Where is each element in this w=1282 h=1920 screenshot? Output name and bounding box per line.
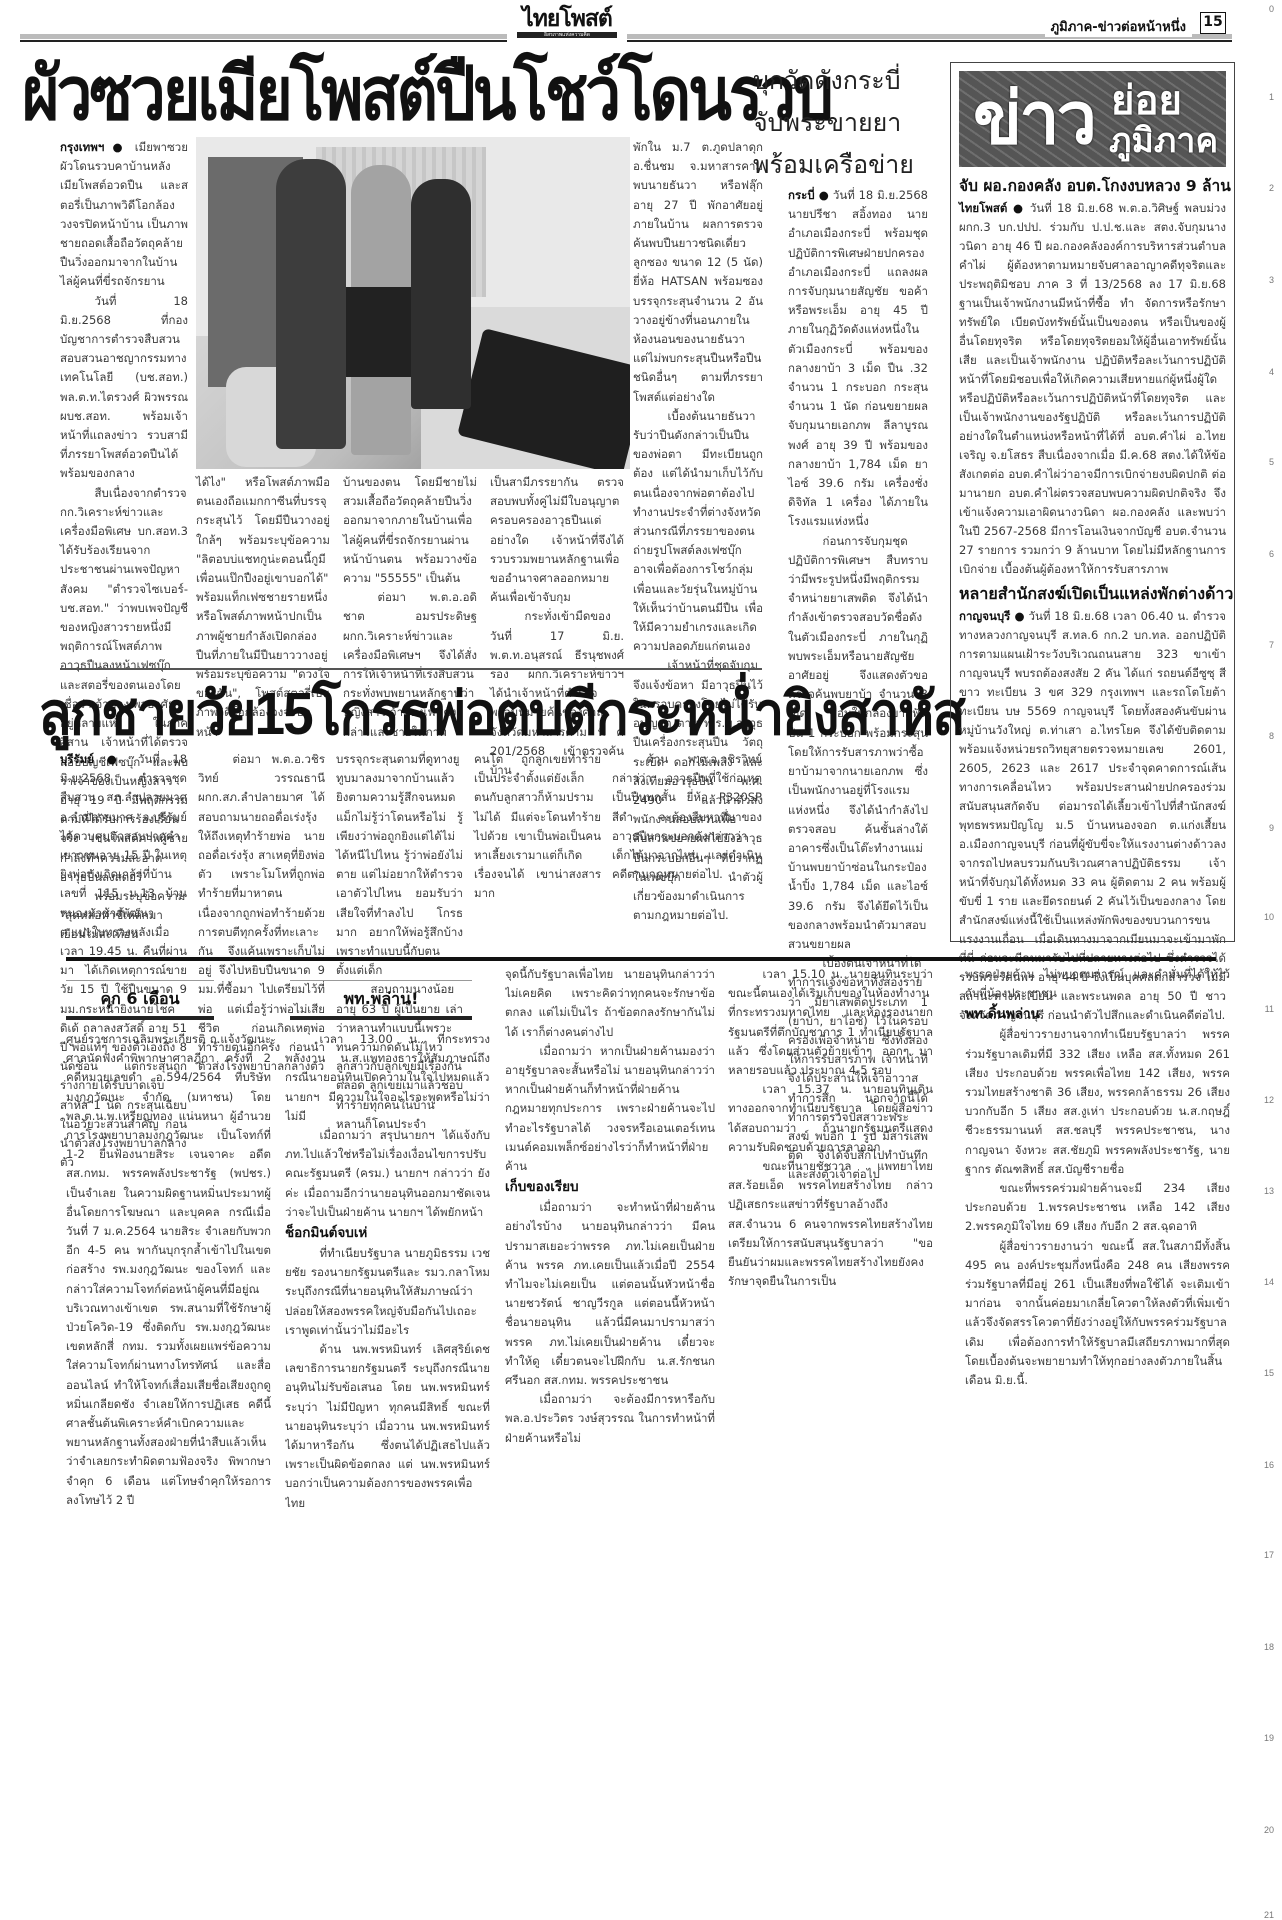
paragraph: ขณะที่พรรคร่วมฝ่ายค้านจะมี 234 เสียง ประ… [965,1179,1230,1237]
dateline: บุรีรัมย์ ● [60,752,126,766]
lower-column-2: เวลา 13.00 น. ที่กระทรวงพลังงาน น.ส.แพทอ… [285,1030,490,1910]
paragraph: เมื่อถามว่า จะต้องมีการหารือกับ พล.อ.ประ… [505,1390,715,1448]
ruler-mark: 0 [1269,4,1274,14]
ruler-mark: 11 [1265,1004,1274,1014]
banner-subtitle: ภูมิภาค [1109,121,1218,161]
paragraph: เวลา 15.10 น. นายอนุทินระบุว่า ขณะนี้ตนเ… [728,965,933,1080]
ruler-mark: 21 [1264,1910,1274,1920]
subheading: เก็บของเรียบ [505,1176,715,1198]
officer-figure [276,159,346,449]
brief-body: กาญจนบุรี ● วันที่ 18 มิ.ย.68 เวลา 06.40… [959,607,1226,1025]
newspaper-logo: ไทยโพสต์ อิสรภาพแห่งความคิด [507,6,627,44]
banner-subtitle: ย่อย [1111,79,1182,123]
section-label: ภูมิภาค-ข่าวต่อหน้าหนึ่ง [1045,16,1192,37]
newspaper-page: ไทยโพสต์ อิสรภาพแห่งความคิด ภูมิภาค-ข่าว… [0,0,1250,1920]
paragraph: เบื้องต้นนายธันวารับว่าปืนดังกล่าวเป็นปื… [633,407,763,657]
story3-column-5: ด้าน พ.ต.อ.วชิรวิทย์ กล่าวว่า อาวุธปืนที… [612,750,762,884]
page-number: 15 [1200,12,1226,34]
brief-body: ไทยโพสต์ ● วันที่ 18 มิ.ย.68 พ.ต.อ.วิศิษ… [959,199,1226,579]
story3-column-2: ต่อมา พ.ต.อ.วชิรวิทย์ วรรณธานี ผกก.สภ.ลำ… [198,750,325,1076]
ruler-mark: 17 [1264,1550,1274,1560]
logo-tagline: อิสรภาพแห่งความคิด [517,32,617,38]
ruler-mark: 8 [1269,731,1274,741]
officer-figure [411,179,471,409]
ruler-mark: 14 [1264,1277,1274,1287]
story3-headline: ลูกชายวัย15โกรธพ่อตบตีกระหน่ำยิงสาหัส [38,678,964,749]
ruler-mark: 2 [1269,183,1274,193]
headline-line: จับพระขายยา [753,102,933,144]
dateline: กระบี่ ● [788,188,829,202]
lower-column-5: พรรคฝ่ายค้าน ไม่พบอุดมการณ์ และคำมั่นที่… [965,965,1230,1910]
paragraph: เมื่อถามว่า จะทำหน้าที่ฝ่ายค้านอย่างไรบ้… [505,1198,715,1390]
paragraph: ด้าน พ.ต.อ.วชิรวิทย์ กล่าวว่า อาวุธปืนที… [612,750,762,884]
regional-briefs-box: ข่าว ย่อย ภูมิภาค จับ ผอ.กองคลัง อบต.โกง… [950,62,1235,942]
divider [60,668,762,670]
paragraph: พักใน ม.7 ต.ภูดปลาดุก อ.ชื่นชม จ.มหาสารค… [633,138,763,407]
headline-line: บุกวัดดังกระบี่ [753,60,933,102]
briefs-banner: ข่าว ย่อย ภูมิภาค [959,71,1226,167]
ruler-mark: 9 [1269,823,1274,833]
ruler-mark: 1 [1269,92,1274,102]
paragraph: ขณะที่นายชัชวาล แพทยาไทย สส.ร้อยเอ็ด พรร… [728,1157,933,1291]
box-heading: คุก 6 เดือน [66,980,214,1020]
story2-headline: บุกวัดดังกระบี่ จับพระขายยา พร้อมเครือข่… [753,60,933,186]
ruler-mark: 5 [1269,457,1274,467]
lower-column-1: ศูนย์ราชการเฉลิมพระเกียรติ ถ.แจ้งวัฒนะ ศ… [66,1030,271,1910]
ruler-mark: 15 [1264,1368,1274,1378]
ruler-mark: 19 [1264,1733,1274,1743]
ruler-mark: 7 [1269,640,1274,650]
paragraph: ด้าน นพ.พรหมินทร์ เลิศสุริย์เดช เลขาธิกา… [285,1340,490,1513]
brief-headline: หลายสำนักสงฆ์เปิดเป็นแหล่งพักต่างด้าว [959,581,1226,607]
ruler-mark: 12 [1264,1095,1274,1105]
paragraph: จุดนี้กับรัฐบาลเพื่อไทย นายอนุทินกล่าวว่… [505,965,715,1042]
brief-headline: จับ ผอ.กองคลัง อบต.โกงงบหลวง 9 ล้าน [959,173,1226,199]
paragraph: เมียพาซวย ผัวโดนรวบคาบ้านหลังเมียโพสต์อว… [60,140,188,288]
main-headline: ผัวซวยเมียโพสต์ปืนโชว์โดนรวบ [22,50,792,140]
paragraph: กฎหมายทุกประการ เพราะฝ่ายค้านจะไปทำอะไรร… [505,1099,715,1176]
paragraph: พรรคฝ่ายค้าน ไม่พบอุดมการณ์ และคำมั่นที่… [965,965,1230,1003]
paragraph: เมื่อถามว่า หากเป็นฝ่ายค้านมองว่าอายุรัฐ… [505,1042,715,1100]
paragraph: วันที่ 18 มิ.ย.2568 ที่กองบัญชาการตำรวจส… [60,292,188,484]
ruler-mark: 16 [1264,1460,1274,1470]
lower-column-4: เวลา 15.10 น. นายอนุทินระบุว่า ขณะนี้ตนเ… [728,965,933,1910]
paragraph: ต่อมา พ.ต.อ.วชิรวิทย์ วรรณธานี ผกก.สภ.ลำ… [198,750,325,1076]
subheading: พท.ดิ้นพล่าน [965,1003,1230,1025]
paragraph: วันที่ 18 มิ.ย.2568 นายปรีชา สอิ้งทอง นา… [788,188,928,528]
lower-column-3: จุดนี้กับรัฐบาลเพื่อไทย นายอนุทินกล่าวว่… [505,965,715,1910]
dateline: กาญจนบุรี ● [959,609,1025,623]
story3-column-4: คนโต ถูกลูกเขยทำร้ายเป็นประจำตั้งแต่ยังเ… [474,750,601,904]
paragraph: เวลา 15.37 น. นายอนุทินเดินทางออกจากทำเน… [728,1080,933,1157]
subheading: ช็อกมินต์จบเห่ [285,1222,490,1244]
ruler-mark: 13 [1264,1186,1274,1196]
paragraph: ผู้สื่อข่าวรายงานจากทำเนียบรัฐบาลว่า พรร… [965,1025,1230,1179]
paragraph: บ้านของตน โดยมีชายไม่สวมเสื้อถือวัตถุคล้… [343,473,477,588]
dateline: กรุงเทพฯ ● [60,140,127,154]
box-heading: พท.พล่าน! [290,980,472,1020]
ruler-mark: 20 [1264,1825,1274,1835]
banner-title: ข่าว [973,77,1094,161]
paragraph: เป็นสามีภรรยากัน ตรวจสอบพบทั้งคู่ไม่มีใบ… [490,473,624,607]
paragraph: บรรจุกระสุนตามที่ดูทางยูทูบมาลงมาจากบ้าน… [336,750,463,980]
masthead: ไทยโพสต์ อิสรภาพแห่งความคิด ภูมิภาค-ข่าว… [20,6,1232,46]
logo-text: ไทยโพสต์ [507,6,627,32]
paragraph: เวลา 13.00 น. ที่กระทรวงพลังงาน น.ส.แพทอ… [285,1030,490,1126]
ruler-mark: 6 [1269,549,1274,559]
paragraph: ผู้สื่อข่าวรายงานว่า ขณะนี้ สส.ในสภามีทั… [965,1237,1230,1391]
ruler-mark: 10 [1264,912,1274,922]
paragraph: คนโต ถูกลูกเขยทำร้ายเป็นประจำตั้งแต่ยังเ… [474,750,601,904]
paragraph: เมื่อถามว่า สรุปนายกฯ ได้แจ้งกับ ภท.ไปแล… [285,1126,490,1222]
news-photo [196,137,630,469]
ruler-mark: 4 [1269,367,1274,377]
dateline: ไทยโพสต์ ● [959,201,1025,215]
headline-line: พร้อมเครือข่าย [753,144,933,186]
ruler-mark: 18 [1264,1642,1274,1652]
section-divider [66,957,1216,961]
page-ruler: 0 1 2 3 4 5 6 7 8 9 10 11 12 13 14 15 16… [1250,0,1282,1920]
paragraph: ศูนย์ราชการเฉลิมพระเกียรติ ถ.แจ้งวัฒนะ ศ… [66,1030,271,1510]
paragraph: ที่ทำเนียบรัฐบาล นายภูมิธรรม เวชยชัย รอง… [285,1244,490,1340]
ruler-mark: 3 [1269,275,1274,285]
